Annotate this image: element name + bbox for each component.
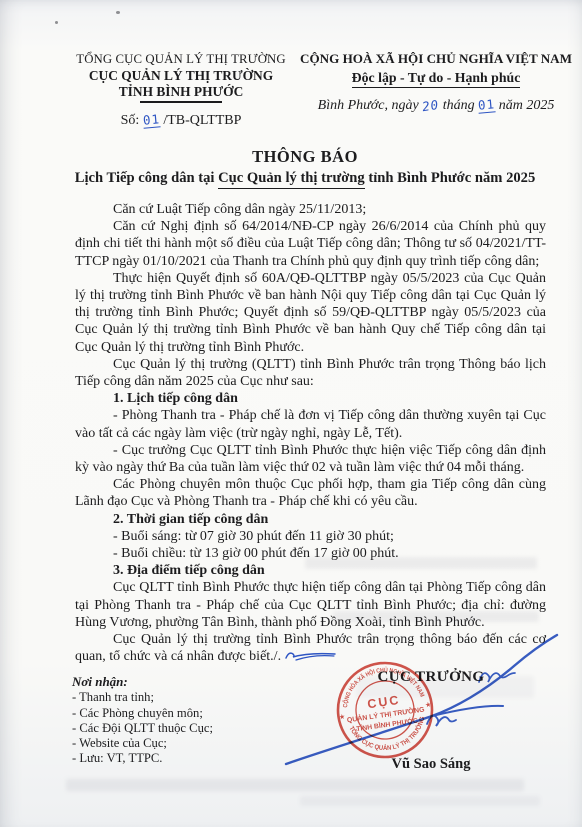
- document-number: Số: 01 /TB-QLTTBP: [52, 113, 310, 129]
- recipient-item: - Các Đội QLTT thuộc Cục;: [72, 721, 213, 736]
- signature-initials-on-stamp: [427, 716, 456, 726]
- national-motto: Độc lập - Tự do - Hạnh phúc: [352, 70, 521, 88]
- signature-main-stroke: [286, 635, 557, 764]
- signature-ink: [222, 600, 582, 800]
- national-title: CỘNG HOÀ XÃ HỘI CHỦ NGHĨA VIỆT NAM: [300, 52, 572, 67]
- date-suffix: năm 2025: [499, 98, 555, 113]
- agency-province: TỈNH BÌNH PHƯỚC: [52, 84, 310, 99]
- parent-agency-name: TỔNG CỤC QUẢN LÝ THỊ TRƯỜNG: [52, 52, 310, 66]
- date-line: Bình Phước, ngày 20 tháng 01 năm 2025: [300, 98, 572, 114]
- agency-name: CỤC QUẢN LÝ THỊ TRƯỜNG: [52, 68, 310, 83]
- paragraph: Cục Quản lý thị trường (QLTT) tỉnh Bình …: [75, 356, 546, 390]
- paragraph: - Phòng Thanh tra - Pháp chế là đơn vị T…: [75, 407, 546, 441]
- date-mid: tháng: [443, 98, 475, 113]
- recipients-label: Nơi nhận:: [72, 674, 213, 689]
- paragraph: - Cục trưởng Cục QLTT tỉnh Bình Phước th…: [75, 442, 546, 476]
- paragraph: Căn cứ Nghị định số 64/2014/NĐ-CP ngày 2…: [75, 218, 546, 270]
- paragraph: Các Phòng chuyên môn thuộc Cục phối hợp,…: [75, 476, 546, 510]
- date-day-handwritten: 20: [421, 98, 440, 114]
- issuing-authority-block: TỔNG CỤC QUẢN LÝ THỊ TRƯỜNG CỤC QUẢN LÝ …: [52, 52, 310, 128]
- scan-speck: [55, 21, 58, 24]
- title-underlined-part: Cục Quản lý thị trường: [218, 170, 365, 189]
- date-prefix: Bình Phước, ngày: [318, 98, 419, 113]
- national-motto-block: CỘNG HOÀ XÃ HỘI CHỦ NGHĨA VIỆT NAM Độc l…: [300, 52, 572, 114]
- doc-number-handwritten: 01: [142, 112, 160, 128]
- recipient-item: - Các Phòng chuyên môn;: [72, 706, 213, 721]
- paragraph: - Buổi sáng: từ 07 giờ 30 phút đến 11 gi…: [75, 528, 546, 545]
- doc-number-suffix: /TB-QLTTBP: [163, 113, 241, 128]
- document-page: TỔNG CỤC QUẢN LÝ THỊ TRƯỜNG CỤC QUẢN LÝ …: [0, 0, 582, 827]
- scan-speck: [116, 11, 120, 14]
- document-body: Căn cứ Luật Tiếp công dân ngày 25/11/201…: [75, 201, 546, 665]
- title-kind: THÔNG BÁO: [28, 147, 582, 167]
- paragraph: Căn cứ Luật Tiếp công dân ngày 25/11/201…: [75, 201, 546, 218]
- section-heading-1: 1. Lịch tiếp công dân: [75, 390, 546, 407]
- recipient-item: - Thanh tra tỉnh;: [72, 690, 213, 705]
- header-left-underline: [140, 101, 222, 102]
- date-month-handwritten: 01: [478, 97, 496, 113]
- paragraph: Thực hiện Quyết định số 60A/QĐ-QLTTBP ng…: [75, 270, 546, 356]
- doc-number-label: Số:: [121, 113, 140, 128]
- section-heading-3: 3. Địa điểm tiếp công dân: [75, 562, 546, 579]
- recipients-block: Nơi nhận: - Thanh tra tỉnh; - Các Phòng …: [72, 674, 213, 767]
- paragraph: - Buổi chiều: từ 13 giờ 00 phút đến 17 g…: [75, 545, 546, 562]
- recipient-item: - Lưu: VT, TTPC.: [72, 751, 213, 766]
- document-title: THÔNG BÁO Lịch Tiếp công dân tại Cục Quả…: [0, 147, 582, 187]
- section-heading-2: 2. Thời gian tiếp công dân: [75, 511, 546, 528]
- recipient-item: - Website của Cục;: [72, 736, 213, 751]
- title-subject: Lịch Tiếp công dân tại Cục Quản lý thị t…: [28, 170, 582, 187]
